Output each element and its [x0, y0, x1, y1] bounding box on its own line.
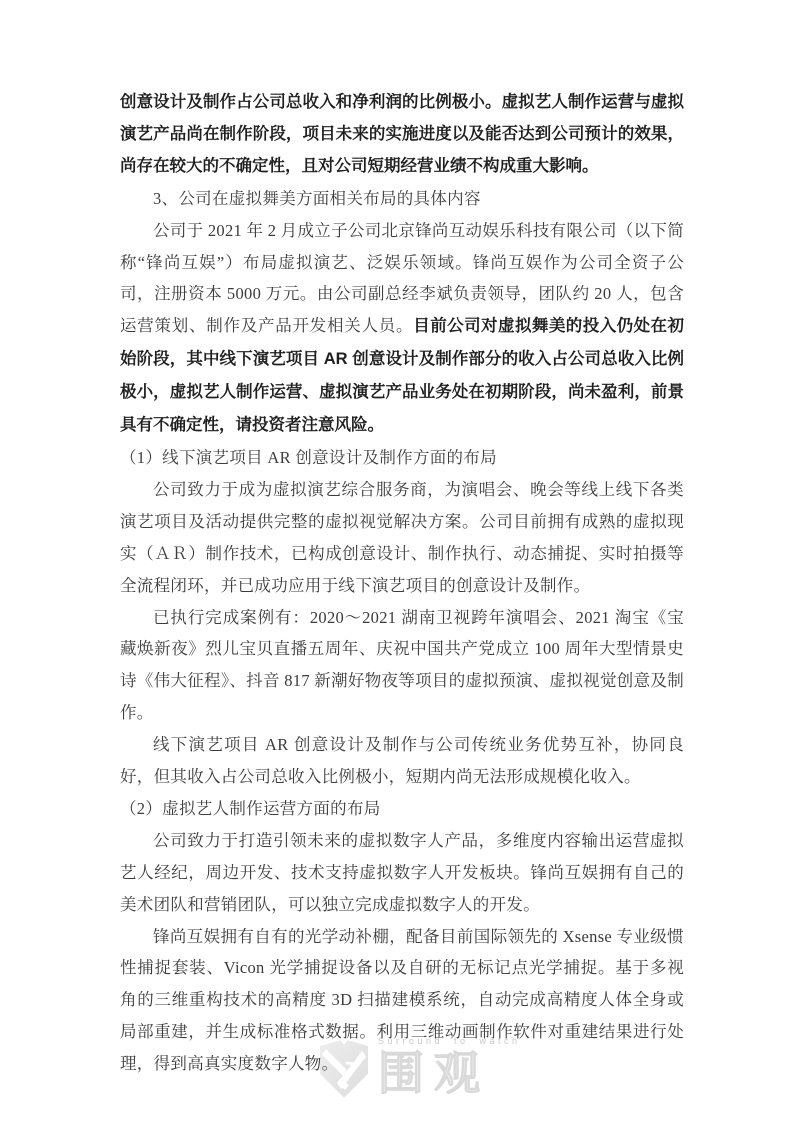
section-heading-3: 3、公司在虚拟舞美方面相关布局的具体内容	[120, 183, 684, 215]
paragraph-virtual-artist: 公司致力于打造引领未来的虚拟数字人产品，多维度内容输出运营虚拟艺人经纪，周边开发…	[120, 825, 684, 921]
subsection-heading-1: （1）线下演艺项目 AR 创意设计及制作方面的布局	[120, 442, 684, 474]
subsection-heading-2: （2）虚拟艺人制作运营方面的布局	[120, 793, 684, 825]
paragraph-subsidiary-overview: 公司于 2021 年 2 月成立子公司北京锋尚互动娱乐科技有限公司（以下简称“锋…	[120, 215, 684, 442]
paragraph-completed-cases: 已执行完成案例有：2020～2021 湖南卫视跨年演唱会、2021 淘宝《宝藏焕…	[120, 602, 684, 730]
paragraph-risk-continuation: 创意设计及制作占公司总收入和净利润的比例极小。虚拟艺人制作运营与虚拟演艺产品尚在…	[120, 87, 684, 183]
paragraph-ar-revenue-note: 线下演艺项目 AR 创意设计及制作与公司传统业务优势互补，协同良好，但其收入占公…	[120, 729, 684, 793]
document-body: 创意设计及制作占公司总收入和净利润的比例极小。虚拟艺人制作运营与虚拟演艺产品尚在…	[120, 87, 684, 1080]
document-page: Surround to watch 围观 创意设计及制作占公司总收入和净利润的比…	[0, 0, 800, 1131]
paragraph-motion-capture: 锋尚互娱拥有自有的光学动补棚，配备目前国际领先的 Xsense 专业级惯性捕捉套…	[120, 921, 684, 1081]
paragraph-ar-layout: 公司致力于成为虚拟演艺综合服务商，为演唱会、晚会等线上线下各类演艺项目及活动提供…	[120, 474, 684, 602]
